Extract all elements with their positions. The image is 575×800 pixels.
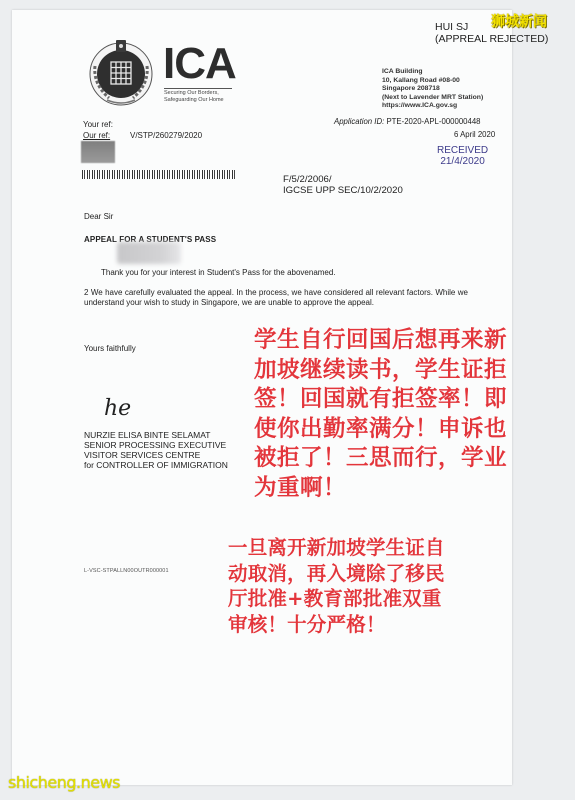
application-id-value: PTE-2020-APL-000000448: [386, 117, 480, 126]
barcode: [82, 170, 235, 179]
application-id: Application ID: PTE-2020-APL-000000448: [334, 117, 481, 126]
annotation-note-1: 学生自行回国后想再来新 加坡继续读书，学生证拒 签！回国就有拒签率！即 使你出勤…: [254, 326, 507, 503]
paragraph-2: 2 We have carefully evaluated the appeal…: [84, 288, 468, 308]
application-id-label: Application ID:: [334, 117, 384, 126]
document-code: L-VSC-STPALLN00OUTR000001: [84, 568, 169, 574]
received-stamp: RECEIVED 21/4/2020: [437, 145, 488, 167]
salutation: Dear Sir: [84, 212, 113, 221]
signatory-block: NURZIE ELISA BINTE SELAMAT SENIOR PROCES…: [84, 430, 228, 470]
our-ref-label: Our ref:: [83, 131, 110, 140]
ica-wordmark: ICA: [163, 42, 236, 86]
ica-address: ICA Building 10, Kallang Road #08-00 Sin…: [382, 68, 483, 111]
reference-block: Your ref: Our ref: V/STP/260279/2020: [83, 119, 113, 141]
closing: Yours faithfully: [84, 344, 136, 353]
redacted-photo: [81, 141, 115, 163]
signature: he: [104, 398, 131, 420]
your-ref-label: Your ref:: [83, 119, 113, 130]
our-ref-value: V/STP/260279/2020: [130, 130, 202, 141]
watermark-site: shicheng.news: [8, 773, 120, 792]
ica-crest-logo: [85, 36, 157, 108]
ica-tagline: Securing Our Borders, Safeguarding Our H…: [164, 90, 224, 104]
letter-date: 6 April 2020: [454, 130, 495, 139]
logo-divider: [164, 88, 232, 89]
file-reference: F/5/2/2006/ IGCSE UPP SEC/10/2/2020: [283, 175, 403, 196]
redacted-name: [117, 242, 181, 264]
annotation-note-2: 一旦离开新加坡学生证自 动取消，再入境除了移民 厅批准+教育部批准双重 审核！十…: [228, 535, 445, 637]
watermark-chinese: 狮城新闻: [491, 11, 547, 31]
paragraph-1: Thank you for your interest in Student's…: [101, 268, 336, 277]
